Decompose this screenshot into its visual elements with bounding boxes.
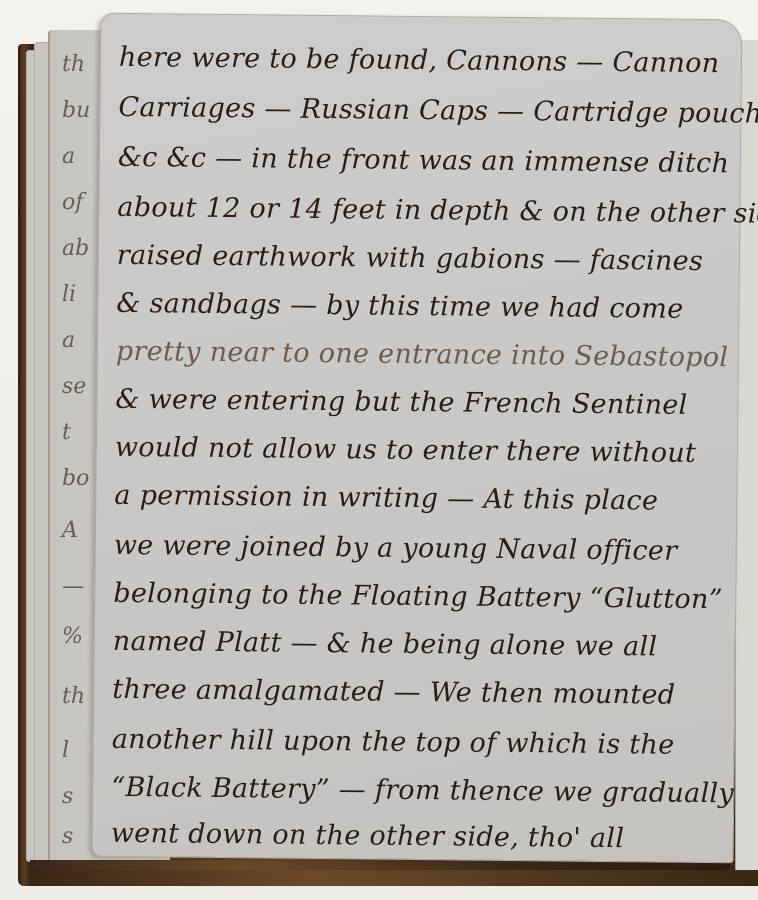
- text-line: would not allow us to enter there withou…: [115, 434, 723, 467]
- journal-page: here were to be found, Cannons — Cannon …: [92, 13, 743, 864]
- under-line: bo: [62, 466, 89, 491]
- text-line: another hill upon the top of which is th…: [112, 726, 720, 759]
- under-line: a: [62, 328, 75, 353]
- text-line: here were to be found, Cannons — Cannon: [119, 44, 727, 77]
- under-line: th: [62, 684, 85, 709]
- under-line: se: [62, 374, 86, 399]
- under-line: A: [62, 518, 78, 543]
- text-line: we were joined by a young Naval officer: [114, 532, 722, 565]
- text-line: raised earthwork with gabions — fascines: [117, 242, 725, 275]
- text-line: three amalgamated — We then mounted: [112, 676, 720, 709]
- text-line: pretty near to one entrance into Sebasto…: [116, 338, 724, 371]
- text-line: &c &c — in the front was an immense ditc…: [118, 144, 726, 177]
- under-line: bu: [62, 98, 90, 123]
- under-line: s: [62, 824, 73, 849]
- under-line: th: [62, 52, 85, 77]
- under-line: t: [62, 420, 71, 445]
- text-line: named Platt — & he being alone we all: [113, 628, 721, 661]
- under-line: ab: [62, 236, 89, 261]
- text-line: & were entering but the French Sentinel: [115, 386, 723, 419]
- under-line: a: [62, 144, 75, 169]
- under-line: l: [62, 738, 69, 763]
- text-line: a permission in writing — At this place: [114, 482, 722, 515]
- under-line: of: [62, 190, 83, 215]
- text-line: went down on the other side, tho' all: [111, 820, 719, 853]
- text-line: belonging to the Floating Battery “Glutt…: [113, 580, 721, 613]
- text-line: & sandbags — by this time we had come: [116, 290, 724, 323]
- under-line: s: [62, 784, 73, 809]
- text-line: “Black Battery” — from thence we gradual…: [111, 774, 719, 807]
- under-line: li: [62, 282, 76, 307]
- under-line: —: [62, 574, 84, 599]
- under-line: %: [62, 624, 83, 649]
- text-line: Carriages — Russian Caps — Cartridge pou…: [118, 94, 726, 127]
- text-line: about 12 or 14 feet in depth & on the ot…: [117, 194, 725, 227]
